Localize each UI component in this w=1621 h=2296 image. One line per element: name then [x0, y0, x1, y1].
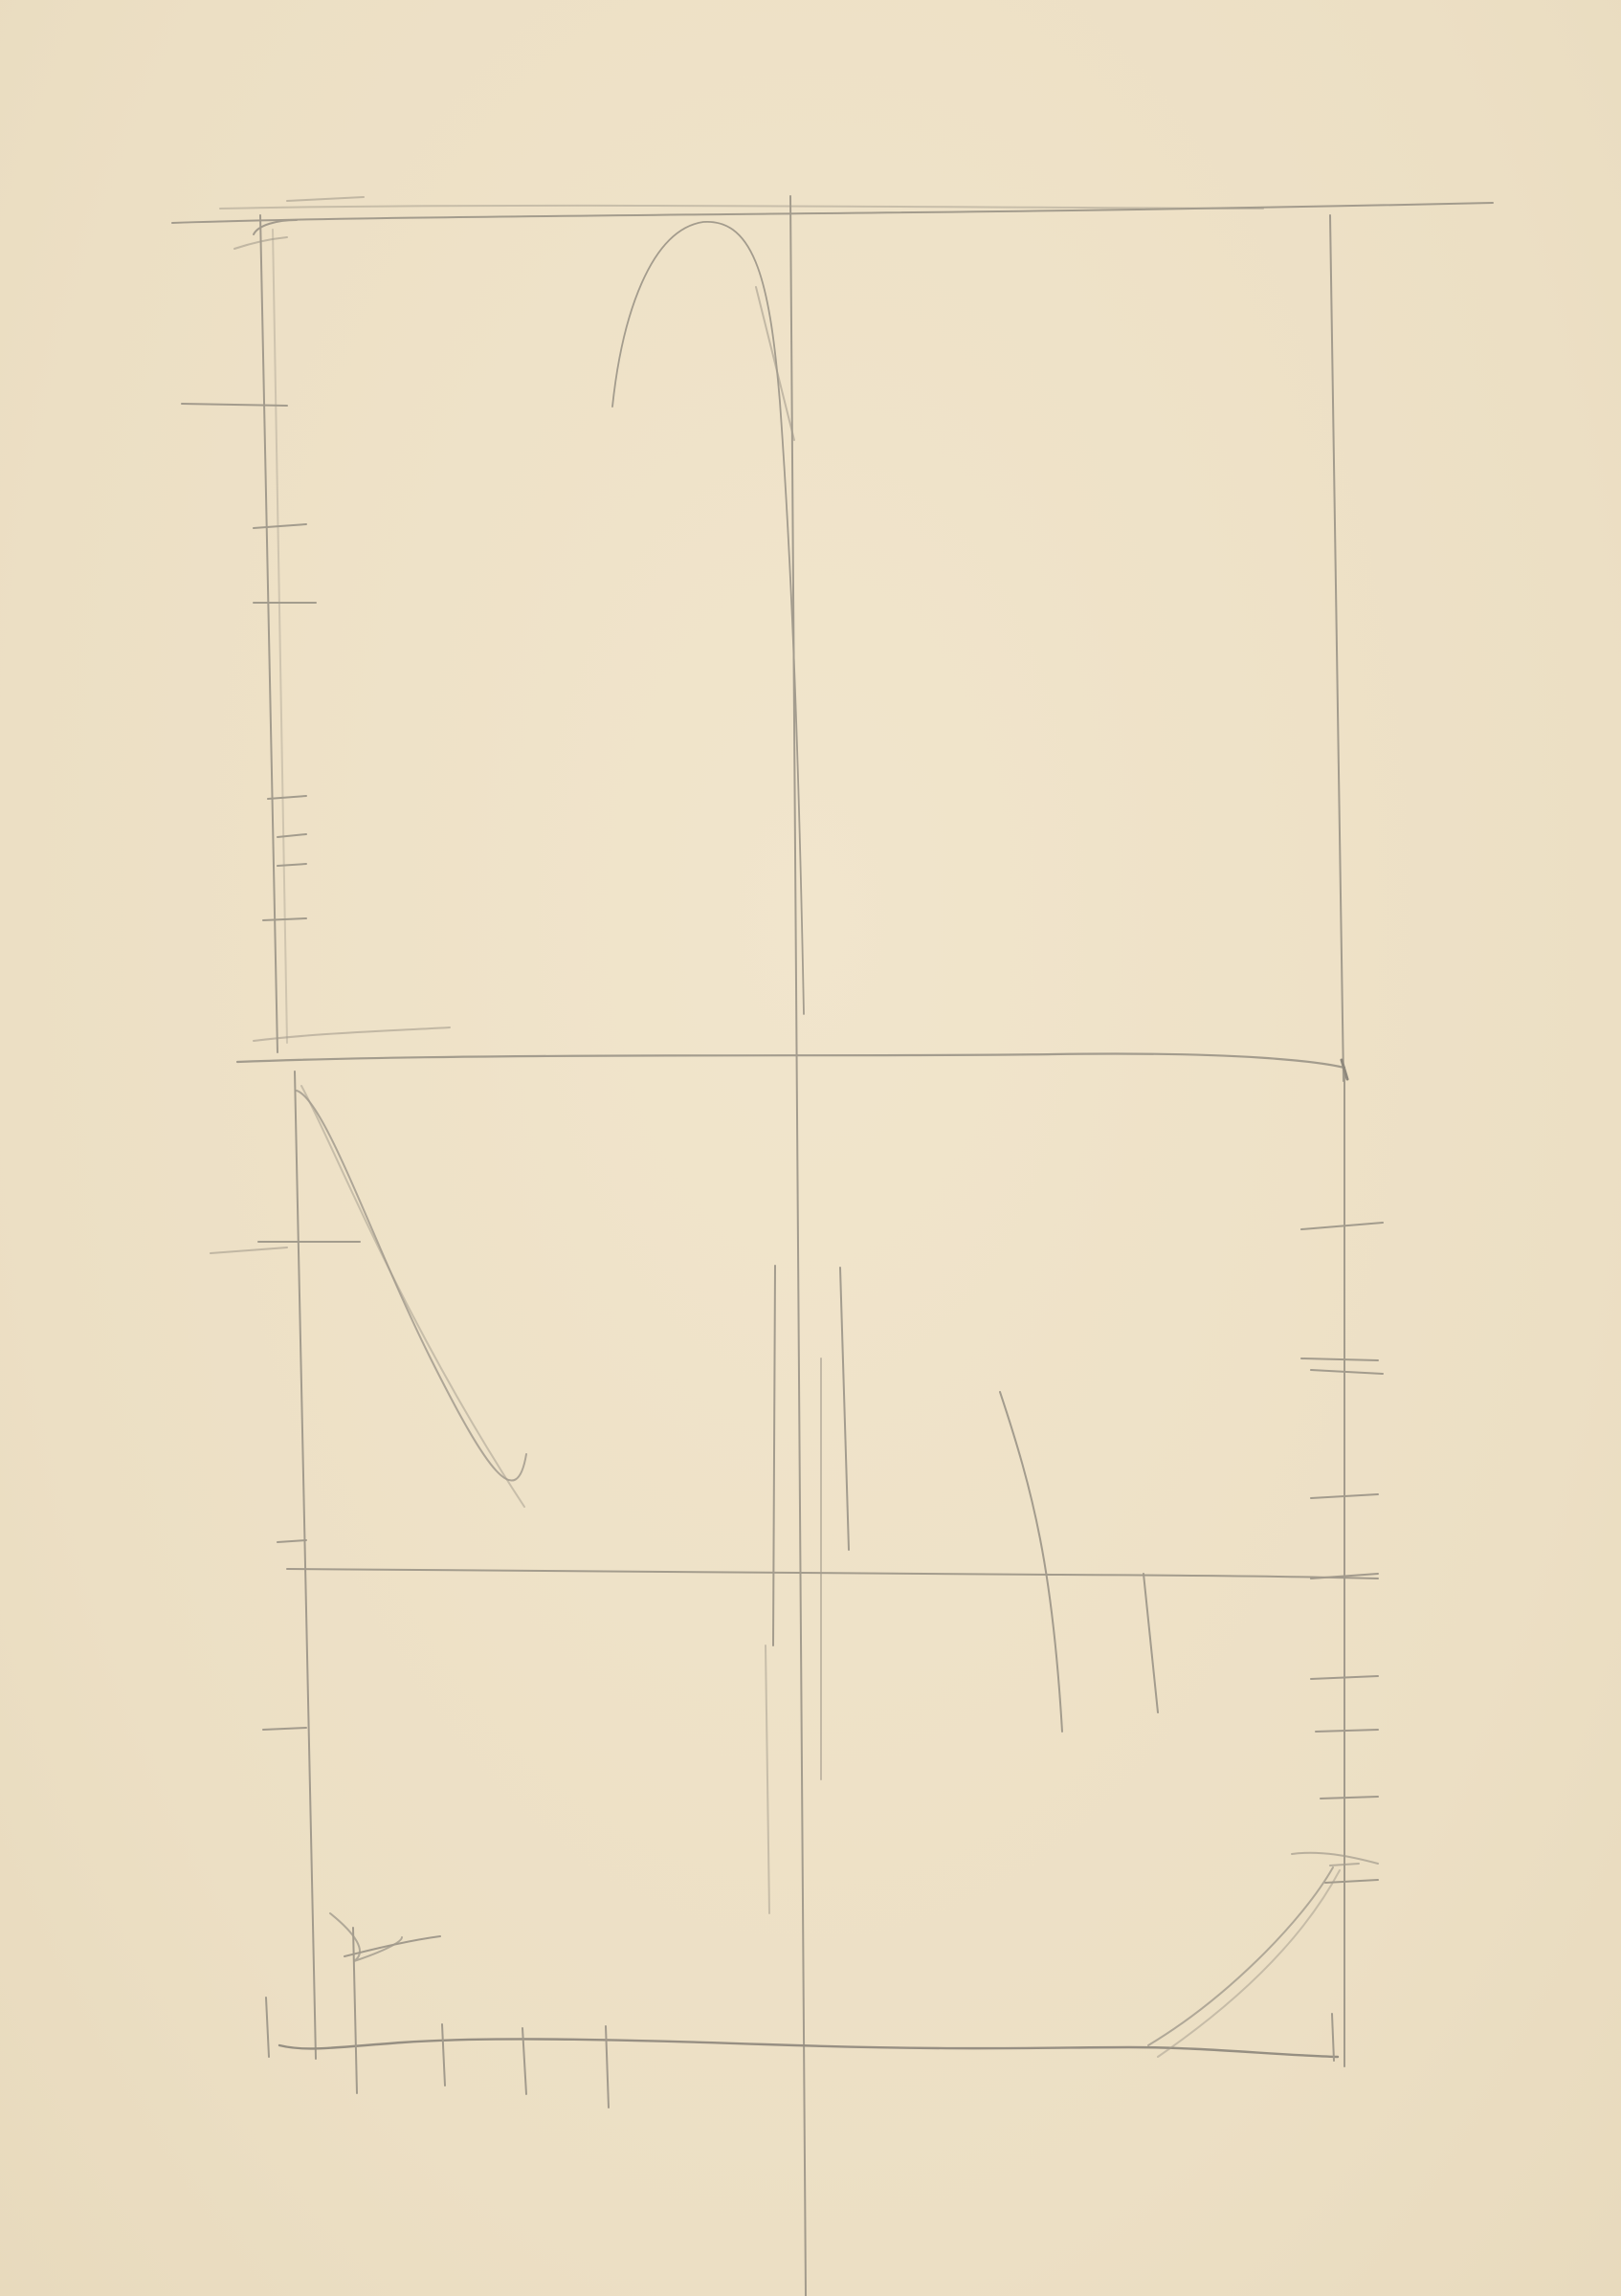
baseline-tick-5 [1332, 2014, 1334, 2061]
baseline-tick-2 [442, 2024, 445, 2086]
pencil-sketch [0, 0, 1621, 2296]
center-vertical [790, 196, 806, 2296]
arch [612, 222, 804, 1014]
rect-left [295, 1071, 316, 2059]
upper-right-vertical [1330, 215, 1343, 1081]
rect-top [237, 1053, 1344, 1068]
baseline-tick-4 [606, 2026, 609, 2108]
baseline-tick-3 [522, 2028, 526, 2094]
middle-horizontal [287, 1569, 1378, 1578]
